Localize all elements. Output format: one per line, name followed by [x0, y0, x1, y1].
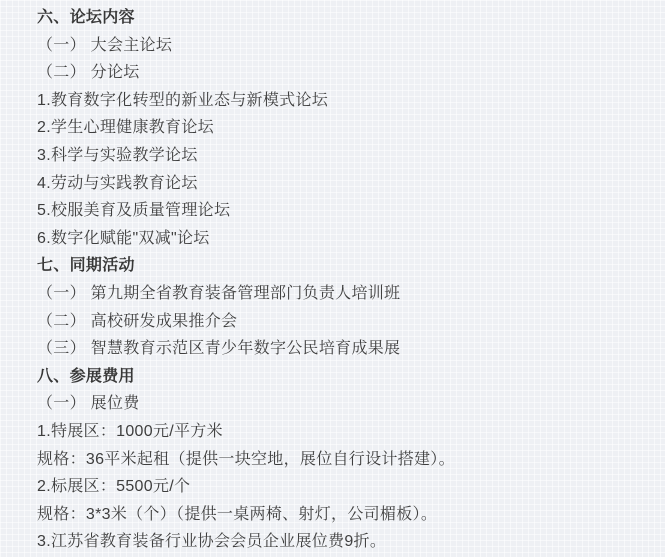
document-line: （二） 高校研发成果推介会	[37, 308, 649, 336]
document-line: （一） 展位费	[37, 390, 649, 418]
document-line: 6.数字化赋能"双减"论坛	[37, 225, 649, 253]
heading-forum-content: 六、论坛内容	[37, 4, 649, 32]
document-line: 4.劳动与实践教育论坛	[37, 170, 649, 198]
document-body: 六、论坛内容 （一） 大会主论坛 （二） 分论坛 1.教育数字化转型的新业态与新…	[0, 0, 665, 556]
document-line: （一） 第九期全省教育装备管理部门负责人培训班	[37, 280, 649, 308]
document-line: （三） 智慧教育示范区青少年数字公民培育成果展	[37, 335, 649, 363]
heading-exhibition-fees: 八、参展费用	[37, 363, 649, 391]
document-line: 2.标展区：5500元/个	[37, 473, 649, 501]
document-line: 3.江苏省教育装备行业协会会员企业展位费9折。	[37, 528, 649, 556]
document-line: 3.科学与实验教学论坛	[37, 142, 649, 170]
document-line: 2.学生心理健康教育论坛	[37, 114, 649, 142]
document-line: 1.教育数字化转型的新业态与新模式论坛	[37, 87, 649, 115]
document-line: 规格：36平米起租（提供一块空地，展位自行设计搭建）。	[37, 446, 649, 474]
document-line: （二） 分论坛	[37, 59, 649, 87]
document-line: 规格：3*3米（个）（提供一桌两椅、射灯，公司楣板）。	[37, 501, 649, 529]
document-line: 5.校服美育及质量管理论坛	[37, 197, 649, 225]
document-line: 1.特展区：1000元/平方米	[37, 418, 649, 446]
heading-concurrent-activities: 七、同期活动	[37, 252, 649, 280]
document-line: （一） 大会主论坛	[37, 32, 649, 60]
